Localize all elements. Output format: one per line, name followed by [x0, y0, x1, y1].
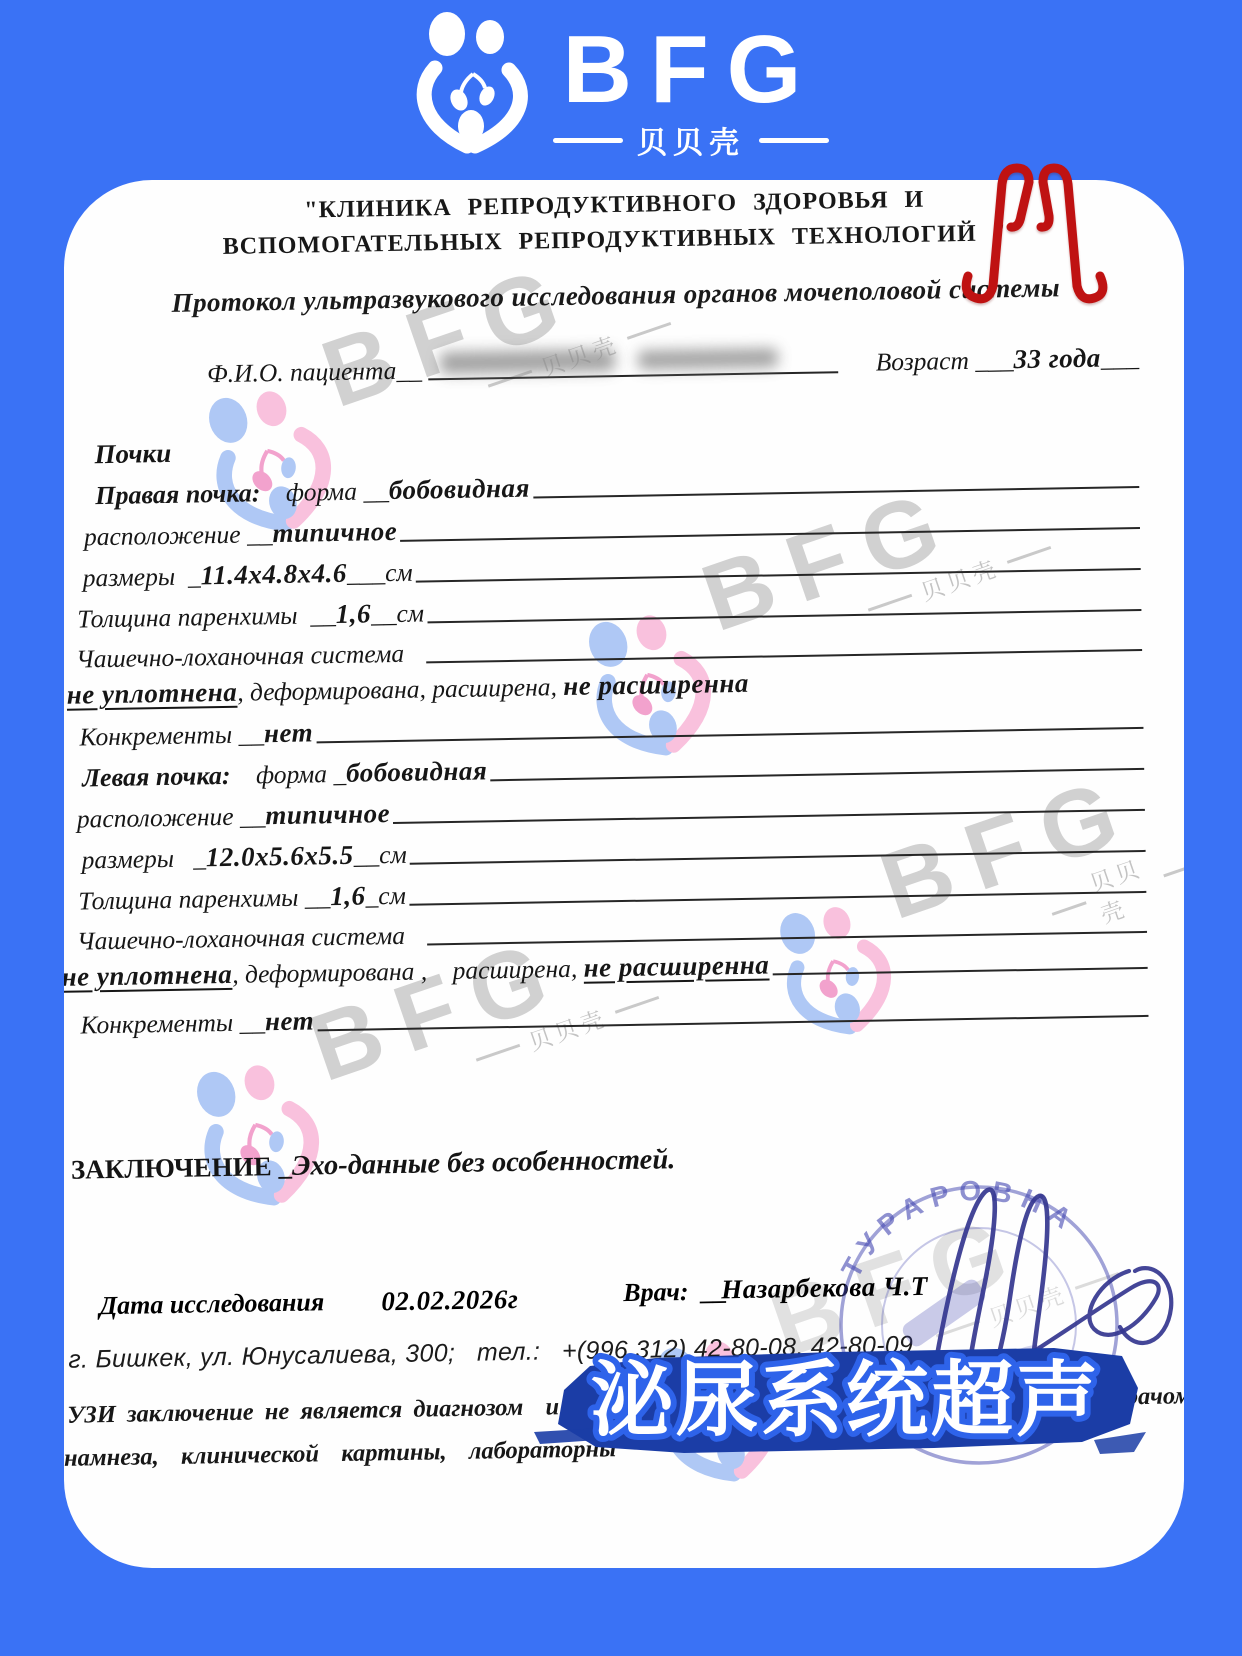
field-label: размеры _ [82, 560, 200, 593]
option-middle: , деформирована, расширена, [237, 671, 563, 708]
bfg-family-logo-icon [413, 6, 533, 158]
option-bold: не расширенна [563, 668, 749, 702]
document-card: BFG 贝贝壳 BFG 贝贝壳 BFG [64, 180, 1184, 1568]
ruled-line [427, 609, 1141, 623]
field-label: форма __ [260, 475, 389, 508]
field-label: форма _ [230, 758, 346, 791]
category-banner: 泌尿系统超声 [534, 1320, 1154, 1480]
field-value: типичное [265, 798, 390, 831]
field-label: Конкременты __ [79, 718, 264, 752]
ruled-line [317, 1015, 1148, 1032]
patient-label: Ф.И.О. пациента__ [207, 354, 422, 389]
brand-header: BFG 贝贝壳 [0, 6, 1242, 162]
field-after: __см [371, 597, 425, 629]
brand-text-block: BFG 贝贝壳 [553, 24, 829, 162]
brand-dash-right [759, 138, 829, 143]
option-underlined: не уплотнена [66, 677, 237, 711]
field-label: Толщина паренхимы __ [78, 881, 330, 916]
field-label-bold: Левая почка: [82, 760, 231, 794]
field-value: 1,6 [330, 881, 366, 913]
page-background: BFG 贝贝壳 BFG 贝贝壳 BFG [0, 0, 1242, 1656]
ruled-line [409, 891, 1146, 906]
ruled-line [316, 727, 1143, 743]
field-label: расположение __ [77, 800, 266, 834]
field-label: размеры _ [81, 842, 206, 875]
doctor-label: Врач: __ [623, 1276, 728, 1308]
date-label: Дата исследования [99, 1287, 324, 1321]
patient-name-redacted [440, 349, 615, 374]
age-value: 33 года [1013, 343, 1101, 376]
field-label: Чашечно-лоханочная система [77, 920, 425, 957]
ruled-line [416, 568, 1141, 583]
ruled-line [410, 850, 1146, 865]
patient-surname-redacted [638, 348, 778, 369]
brand-name: BFG [563, 24, 820, 116]
field-value: бобовидная [346, 755, 488, 788]
brand-subtext: 贝贝壳 [637, 118, 745, 162]
field-value: 12.0x5.6x5.5 [206, 840, 354, 874]
ruled-line [533, 486, 1139, 499]
option-bold-underlined: не расширенна [583, 949, 769, 983]
age-post: ___ [1100, 342, 1139, 374]
brand-dash-left [553, 138, 623, 143]
patient-name-line [428, 341, 838, 380]
ruled-line [772, 967, 1147, 976]
field-value: бобовидная [389, 473, 531, 506]
field-value: нет [265, 1005, 315, 1037]
paperclip-icon [950, 150, 1120, 310]
date-value: 02.02.2026г [381, 1284, 518, 1317]
option-underlined: не уплотнена [64, 959, 232, 993]
field-value: 1,6 [335, 598, 371, 630]
conclusion-label: ЗАКЛЮЧЕНИЕ _ [71, 1151, 292, 1186]
option-middle: , деформирована , расширена, [232, 953, 584, 990]
field-value: нет [264, 717, 314, 749]
ruled-line [393, 809, 1145, 824]
field-label-bold: Правая почка: [95, 477, 261, 511]
brand-subrow: 贝贝壳 [553, 118, 829, 162]
field-after: ___см [347, 557, 413, 589]
field-value: 11.4x4.8x4.6 [200, 558, 347, 592]
field-value: типичное [272, 516, 397, 549]
field-label: Чашечно-лоханочная система [76, 637, 424, 674]
ruled-line [490, 768, 1144, 781]
field-label: расположение __ [84, 518, 273, 552]
banner-text: 泌尿系统超声 [591, 1353, 1101, 1448]
field-after: __см [353, 839, 407, 871]
conclusion-value: Эхо-данные без особенностей. [292, 1144, 676, 1182]
ruled-line [400, 527, 1140, 542]
field-label: Конкременты __ [80, 1006, 265, 1040]
patient-row: Ф.И.О. пациента__ Возраст ___ 33 года __… [207, 339, 1139, 389]
field-after: _см [365, 880, 406, 912]
section-kidneys: Почки [94, 438, 171, 470]
field-label: Толщина паренхимы __ [77, 599, 336, 635]
age-label: Возраст ___ [875, 344, 1013, 377]
field-row-concrements: Конкременты __ нет [80, 988, 1150, 1041]
